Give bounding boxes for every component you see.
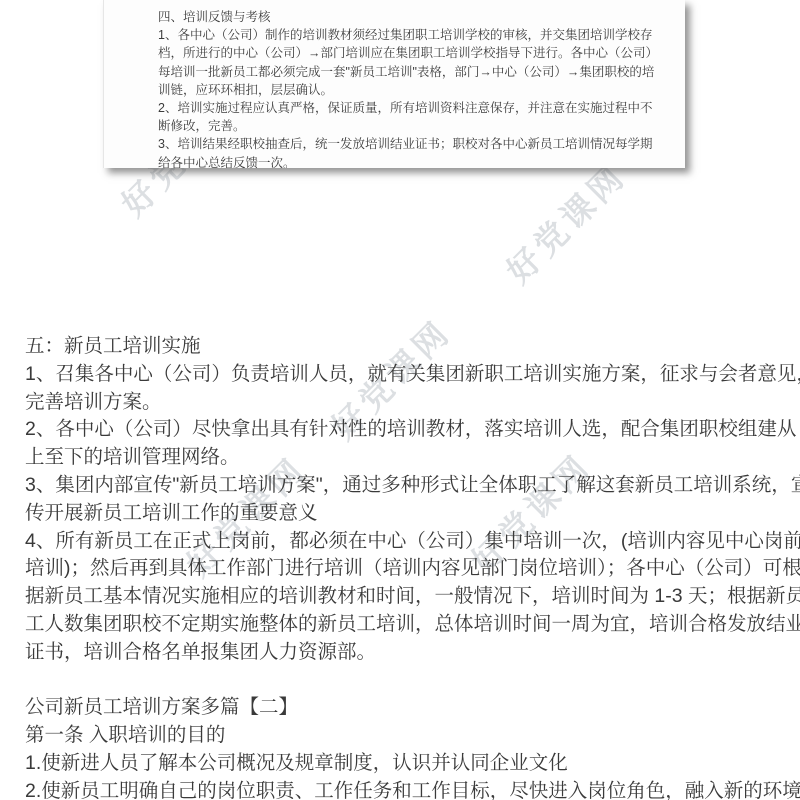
document-page-preview: 四、培训反馈与考核1、各中心（公司）制作的培训教材须经过集团职工培训学校的审核，… (103, 0, 685, 168)
text-line: 工人数集团职校不定期实施整体的新员工培训，总体培训时间一周为宜，培训合格发放结业 (25, 611, 797, 639)
text-line: 给各中心总结反馈一次。 (158, 154, 673, 168)
text-line: 每培训一批新员工都必须完成一套"新员工培训"表格，部门→中心（公司）→集团职校的… (158, 63, 673, 81)
text-line (25, 667, 797, 695)
text-line: 公司新员工培训方案多篇【二】 (25, 694, 797, 722)
text-line: 训链，应环环相扣，层层确认。 (158, 81, 673, 99)
text-line: 四、培训反馈与考核 (158, 8, 673, 26)
text-line: 1、召集各中心（公司）负责培训人员，就有关集团新职工培训实施方案，征求与会者意见… (25, 361, 797, 389)
text-line: 培训)；然后再到具体工作部门进行培训（培训内容见部门岗位培训）；各中心（公司）可… (25, 555, 797, 583)
text-line: 2、培训实施过程应认真严格，保证质量，所有培训资料注意保存，并注意在实施过程中不 (158, 99, 673, 117)
text-line: 3、集团内部宣传"新员工培训方案"，通过多种形式让全体职工了解这套新员工培训系统… (25, 472, 797, 500)
text-line: 完善培训方案。 (25, 389, 797, 417)
text-line: 档，所进行的中心（公司）→部门培训应在集团职工培训学校指导下进行。各中心（公司） (158, 44, 673, 62)
page-preview-text: 四、培训反馈与考核1、各中心（公司）制作的培训教材须经过集团职工培训学校的审核，… (104, 0, 685, 168)
text-line: 证书，培训合格名单报集团人力资源部。 (25, 639, 797, 667)
watermark-text: 好党课网 (495, 152, 636, 293)
text-line: 传开展新员工培训工作的重要意义 (25, 500, 797, 528)
document-body-text: 五：新员工培训实施1、召集各中心（公司）负责培训人员，就有关集团新职工培训实施方… (25, 333, 797, 800)
text-line: 上至下的培训管理网络。 (25, 444, 797, 472)
text-line: 断修改，完善。 (158, 117, 673, 135)
text-line: 2、各中心（公司）尽快拿出具有针对性的培训教材，落实培训人选，配合集团职校组建从 (25, 416, 797, 444)
text-line: 据新员工基本情况实施相应的培训教材和时间，一般情况下，培训时间为 1-3 天；根… (25, 583, 797, 611)
text-line: 2.使新员工明确自己的岗位职责、工作任务和工作目标，尽快进入岗位角色，融入新的环… (25, 778, 797, 800)
text-line: 五：新员工培训实施 (25, 333, 797, 361)
text-line: 第一条 入职培训的目的 (25, 722, 797, 750)
text-line: 1.使新进人员了解本公司概况及规章制度，认识并认同企业文化 (25, 750, 797, 778)
text-line: 3、培训结果经职校抽查后，统一发放培训结业证书；职校对各中心新员工培训情况每学期 (158, 135, 673, 153)
text-line: 1、各中心（公司）制作的培训教材须经过集团职工培训学校的审核，并交集团培训学校存 (158, 26, 673, 44)
text-line: 4、所有新员工在正式上岗前，都必须在中心（公司）集中培训一次，(培训内容见中心岗… (25, 528, 797, 556)
